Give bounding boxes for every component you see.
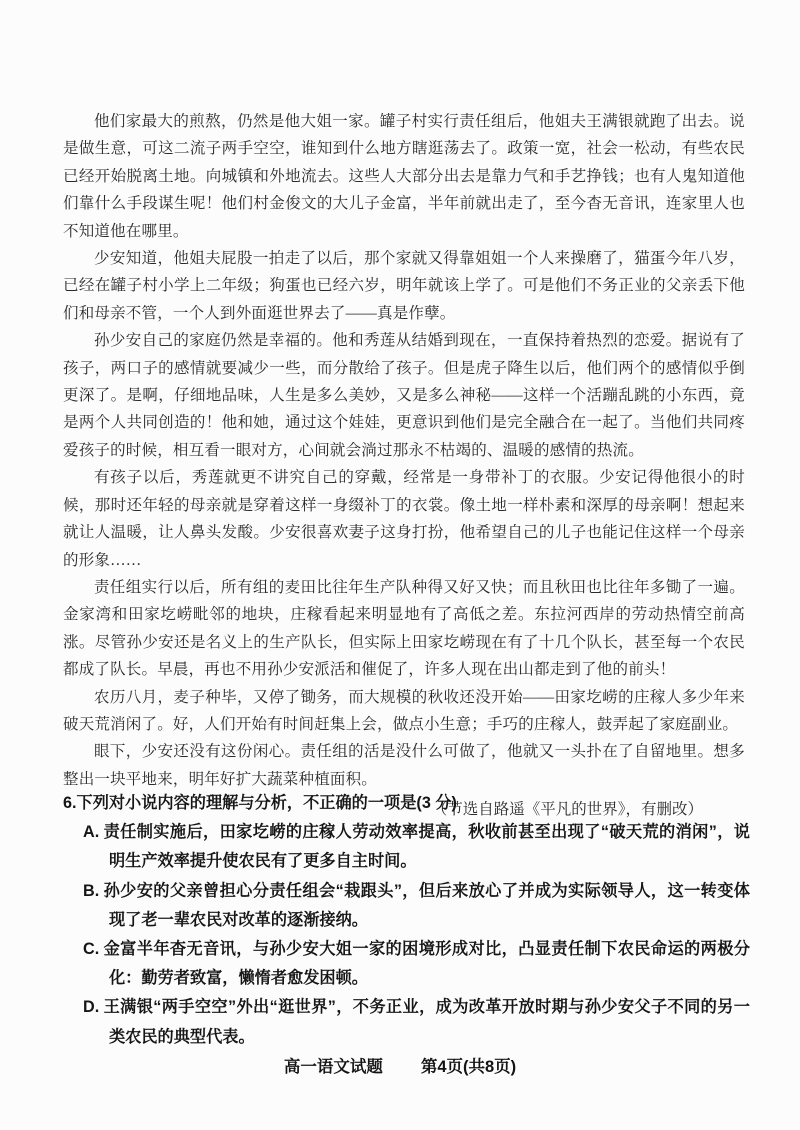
passage-paragraph: 眼下，少安还没有这份闲心。责任组的活是没什么可做了，他就又一头扑在了自留地里。想…	[63, 738, 745, 793]
passage-paragraph: 有孩子以后，秀莲就更不讲究自己的穿戴，经常是一身带补丁的衣服。少安记得他很小的时…	[63, 464, 745, 574]
passage-paragraph: 他们家最大的煎熬，仍然是他大姐一家。罐子村实行责任组后，他姐夫王满银就跑了出去。…	[63, 108, 745, 245]
passage-paragraph: 少安知道，他姐夫屁股一拍走了以后，那个家就又得靠姐姐一个人来操磨了，猫蛋今年八岁…	[63, 245, 745, 327]
question-option-d: D.王满银“两手空空”外出“逛世界”，不务正业，成为改革开放时期与孙少安父子不同…	[83, 993, 750, 1051]
passage-paragraph: 责任组实行以后，所有组的麦田比往年生产队种得又好又快；而且秋田也比往年多锄了一遍…	[63, 574, 745, 684]
page-footer: 高一语文试题 第4页(共8页)	[0, 1053, 800, 1077]
option-a-text: 责任制实施后，田家圪崂的庄稼人劳动效率提高，秋收前甚至出现了“破天荒的消闲”，说…	[103, 823, 750, 870]
option-d-text: 王满银“两手空空”外出“逛世界”，不务正业，成为改革开放时期与孙少安父子不同的另…	[103, 998, 750, 1045]
footer-page-info: 第4页(共8页)	[421, 1053, 516, 1077]
option-c-text: 金富半年杳无音讯，与孙少安大姐一家的困境形成对比，凸显责任制下农民命运的两极分化…	[103, 940, 750, 987]
option-b-text: 孙少安的父亲曾担心分责任组会“栽跟头”，但后来放心了并成为实际领导人，这一转变体…	[103, 882, 750, 929]
question-option-b: B.孙少安的父亲曾担心分责任组会“栽跟头”，但后来放心了并成为实际领导人，这一转…	[83, 877, 750, 935]
question-option-a: A.责任制实施后，田家圪崂的庄稼人劳动效率提高，秋收前甚至出现了“破天荒的消闲”…	[83, 818, 750, 876]
option-a-label: A.	[83, 823, 103, 841]
footer-exam-title: 高一语文试题	[284, 1053, 383, 1077]
exam-page: 他们家最大的煎熬，仍然是他大姐一家。罐子村实行责任组后，他姐夫王满银就跑了出去。…	[0, 0, 800, 1130]
question-stem: 6.下列对小说内容的理解与分析，不正确的一项是(3 分)	[63, 789, 750, 818]
passage-paragraph: 农历八月，麦子种毕，又停了锄务，而大规模的秋收还没开始——田家圪崂的庄稼人多少年…	[63, 684, 745, 739]
option-b-label: B.	[83, 882, 103, 900]
reading-passage: 他们家最大的煎熬，仍然是他大姐一家。罐子村实行责任组后，他姐夫王满银就跑了出去。…	[63, 108, 745, 824]
option-c-label: C.	[83, 940, 103, 958]
passage-paragraph: 孙少安自己的家庭仍然是幸福的。他和秀莲从结婚到现在，一直保持着热烈的恋爱。据说有…	[63, 327, 745, 464]
option-d-label: D.	[83, 998, 103, 1016]
question-option-c: C.金富半年杳无音讯，与孙少安大姐一家的困境形成对比，凸显责任制下农民命运的两极…	[83, 935, 750, 993]
question-6: 6.下列对小说内容的理解与分析，不正确的一项是(3 分) A.责任制实施后，田家…	[63, 789, 750, 1052]
